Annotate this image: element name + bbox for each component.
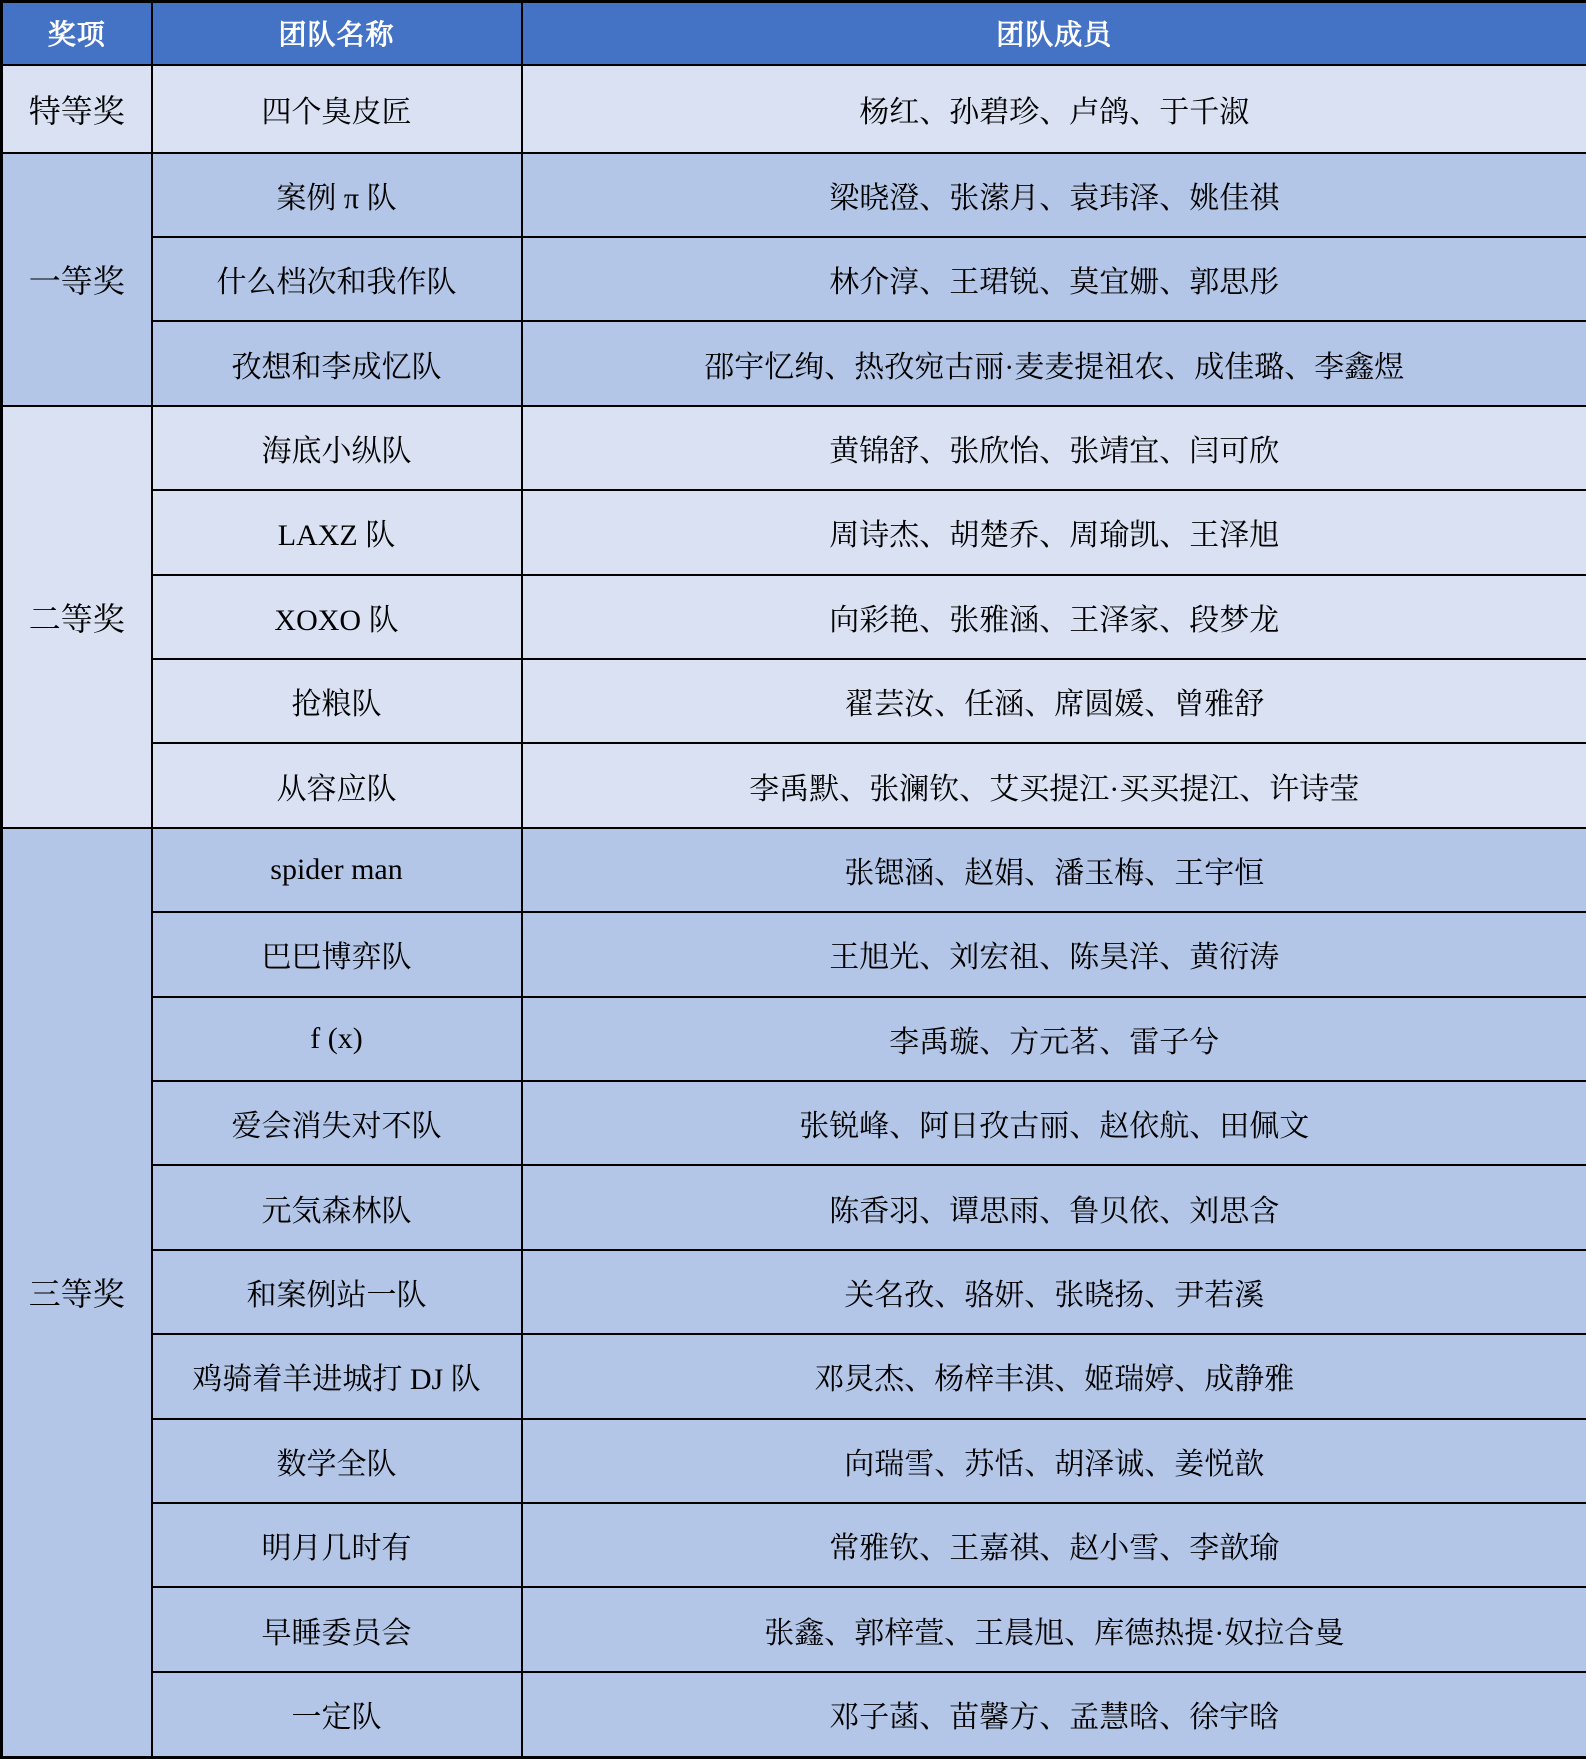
table-row: 二等奖海底小纵队黄锦舒、张欣怡、张靖宜、闫可欣 (2, 406, 1586, 490)
team-name-cell: 一定队 (152, 1672, 522, 1758)
table-row: 三等奖spider man张锶涵、赵娟、潘玉梅、王宇恒 (2, 828, 1586, 912)
table-row: 孜想和李成忆队邵宇忆绚、热孜宛古丽·麦麦提祖农、成佳璐、李鑫煜 (2, 321, 1586, 405)
team-name-cell: 案例 π 队 (152, 153, 522, 237)
members-cell: 陈香羽、谭思雨、鲁贝依、刘思含 (522, 1165, 1586, 1249)
team-name-cell: 早睡委员会 (152, 1587, 522, 1671)
members-cell: 张锶涵、赵娟、潘玉梅、王宇恒 (522, 828, 1586, 912)
table-row: 特等奖四个臭皮匠杨红、孙碧珍、卢鸽、于千淑 (2, 65, 1586, 153)
team-name-cell: 巴巴博弈队 (152, 912, 522, 996)
team-name-cell: 明月几时有 (152, 1503, 522, 1587)
team-name-cell: 孜想和李成忆队 (152, 321, 522, 405)
team-name-cell: 海底小纵队 (152, 406, 522, 490)
table-row: 鸡骑着羊进城打 DJ 队邓炅杰、杨梓丰淇、姬瑞婷、成静雅 (2, 1334, 1586, 1418)
table-row: 一定队邓子菡、苗馨方、孟慧晗、徐宇晗 (2, 1672, 1586, 1758)
award-cell: 特等奖 (2, 65, 152, 153)
members-cell: 梁晓澄、张潆月、袁玮泽、姚佳祺 (522, 153, 1586, 237)
members-cell: 关名孜、骆妍、张晓扬、尹若溪 (522, 1250, 1586, 1334)
table-row: 一等奖案例 π 队梁晓澄、张潆月、袁玮泽、姚佳祺 (2, 153, 1586, 237)
table-row: LAXZ 队周诗杰、胡楚乔、周瑜凯、王泽旭 (2, 490, 1586, 574)
table-row: 元気森林队陈香羽、谭思雨、鲁贝依、刘思含 (2, 1165, 1586, 1249)
header-award: 奖项 (2, 2, 152, 65)
awards-table: 奖项 团队名称 团队成员 特等奖四个臭皮匠杨红、孙碧珍、卢鸽、于千淑一等奖案例 … (0, 0, 1586, 1759)
table-row: 抢粮队翟芸汝、任涵、席圆媛、曾雅舒 (2, 659, 1586, 743)
team-name-cell: LAXZ 队 (152, 490, 522, 574)
team-name-cell: 什么档次和我作队 (152, 237, 522, 321)
table-row: 什么档次和我作队林介淳、王珺锐、莫宜姗、郭思彤 (2, 237, 1586, 321)
header-members: 团队成员 (522, 2, 1586, 65)
team-name-cell: 爱会消失对不队 (152, 1081, 522, 1165)
team-name-cell: 数学全队 (152, 1419, 522, 1503)
members-cell: 向瑞雪、苏恬、胡泽诚、姜悦歆 (522, 1419, 1586, 1503)
header-team-name: 团队名称 (152, 2, 522, 65)
members-cell: 邓炅杰、杨梓丰淇、姬瑞婷、成静雅 (522, 1334, 1586, 1418)
members-cell: 张鑫、郭梓萱、王晨旭、库德热提·奴拉合曼 (522, 1587, 1586, 1671)
members-cell: 周诗杰、胡楚乔、周瑜凯、王泽旭 (522, 490, 1586, 574)
table-header: 奖项 团队名称 团队成员 (2, 2, 1586, 65)
table-row: XOXO 队向彩艳、张雅涵、王泽家、段梦龙 (2, 575, 1586, 659)
team-name-cell: spider man (152, 828, 522, 912)
members-cell: 李禹璇、方元茗、雷子兮 (522, 997, 1586, 1081)
table-row: 巴巴博弈队王旭光、刘宏祖、陈昊洋、黄衍涛 (2, 912, 1586, 996)
members-cell: 邓子菡、苗馨方、孟慧晗、徐宇晗 (522, 1672, 1586, 1758)
table-row: 明月几时有常雅钦、王嘉祺、赵小雪、李歆瑜 (2, 1503, 1586, 1587)
team-name-cell: 从容应队 (152, 743, 522, 827)
team-name-cell: 四个臭皮匠 (152, 65, 522, 153)
members-cell: 邵宇忆绚、热孜宛古丽·麦麦提祖农、成佳璐、李鑫煜 (522, 321, 1586, 405)
awards-table-body: 特等奖四个臭皮匠杨红、孙碧珍、卢鸽、于千淑一等奖案例 π 队梁晓澄、张潆月、袁玮… (2, 65, 1586, 1758)
table-row: 数学全队向瑞雪、苏恬、胡泽诚、姜悦歆 (2, 1419, 1586, 1503)
table-row: 爱会消失对不队张锐峰、阿日孜古丽、赵依航、田佩文 (2, 1081, 1586, 1165)
table-row: 和案例站一队关名孜、骆妍、张晓扬、尹若溪 (2, 1250, 1586, 1334)
members-cell: 黄锦舒、张欣怡、张靖宜、闫可欣 (522, 406, 1586, 490)
award-cell: 一等奖 (2, 153, 152, 406)
members-cell: 林介淳、王珺锐、莫宜姗、郭思彤 (522, 237, 1586, 321)
team-name-cell: 鸡骑着羊进城打 DJ 队 (152, 1334, 522, 1418)
table-row: 早睡委员会张鑫、郭梓萱、王晨旭、库德热提·奴拉合曼 (2, 1587, 1586, 1671)
members-cell: 王旭光、刘宏祖、陈昊洋、黄衍涛 (522, 912, 1586, 996)
members-cell: 翟芸汝、任涵、席圆媛、曾雅舒 (522, 659, 1586, 743)
members-cell: 李禹默、张澜钦、艾买提江·买买提江、许诗莹 (522, 743, 1586, 827)
team-name-cell: XOXO 队 (152, 575, 522, 659)
team-name-cell: 抢粮队 (152, 659, 522, 743)
team-name-cell: f (x) (152, 997, 522, 1081)
award-cell: 二等奖 (2, 406, 152, 828)
award-cell: 三等奖 (2, 828, 152, 1758)
team-name-cell: 元気森林队 (152, 1165, 522, 1249)
table-row: f (x)李禹璇、方元茗、雷子兮 (2, 997, 1586, 1081)
members-cell: 常雅钦、王嘉祺、赵小雪、李歆瑜 (522, 1503, 1586, 1587)
members-cell: 杨红、孙碧珍、卢鸽、于千淑 (522, 65, 1586, 153)
table-row: 从容应队李禹默、张澜钦、艾买提江·买买提江、许诗莹 (2, 743, 1586, 827)
header-row: 奖项 团队名称 团队成员 (2, 2, 1586, 65)
members-cell: 张锐峰、阿日孜古丽、赵依航、田佩文 (522, 1081, 1586, 1165)
members-cell: 向彩艳、张雅涵、王泽家、段梦龙 (522, 575, 1586, 659)
team-name-cell: 和案例站一队 (152, 1250, 522, 1334)
